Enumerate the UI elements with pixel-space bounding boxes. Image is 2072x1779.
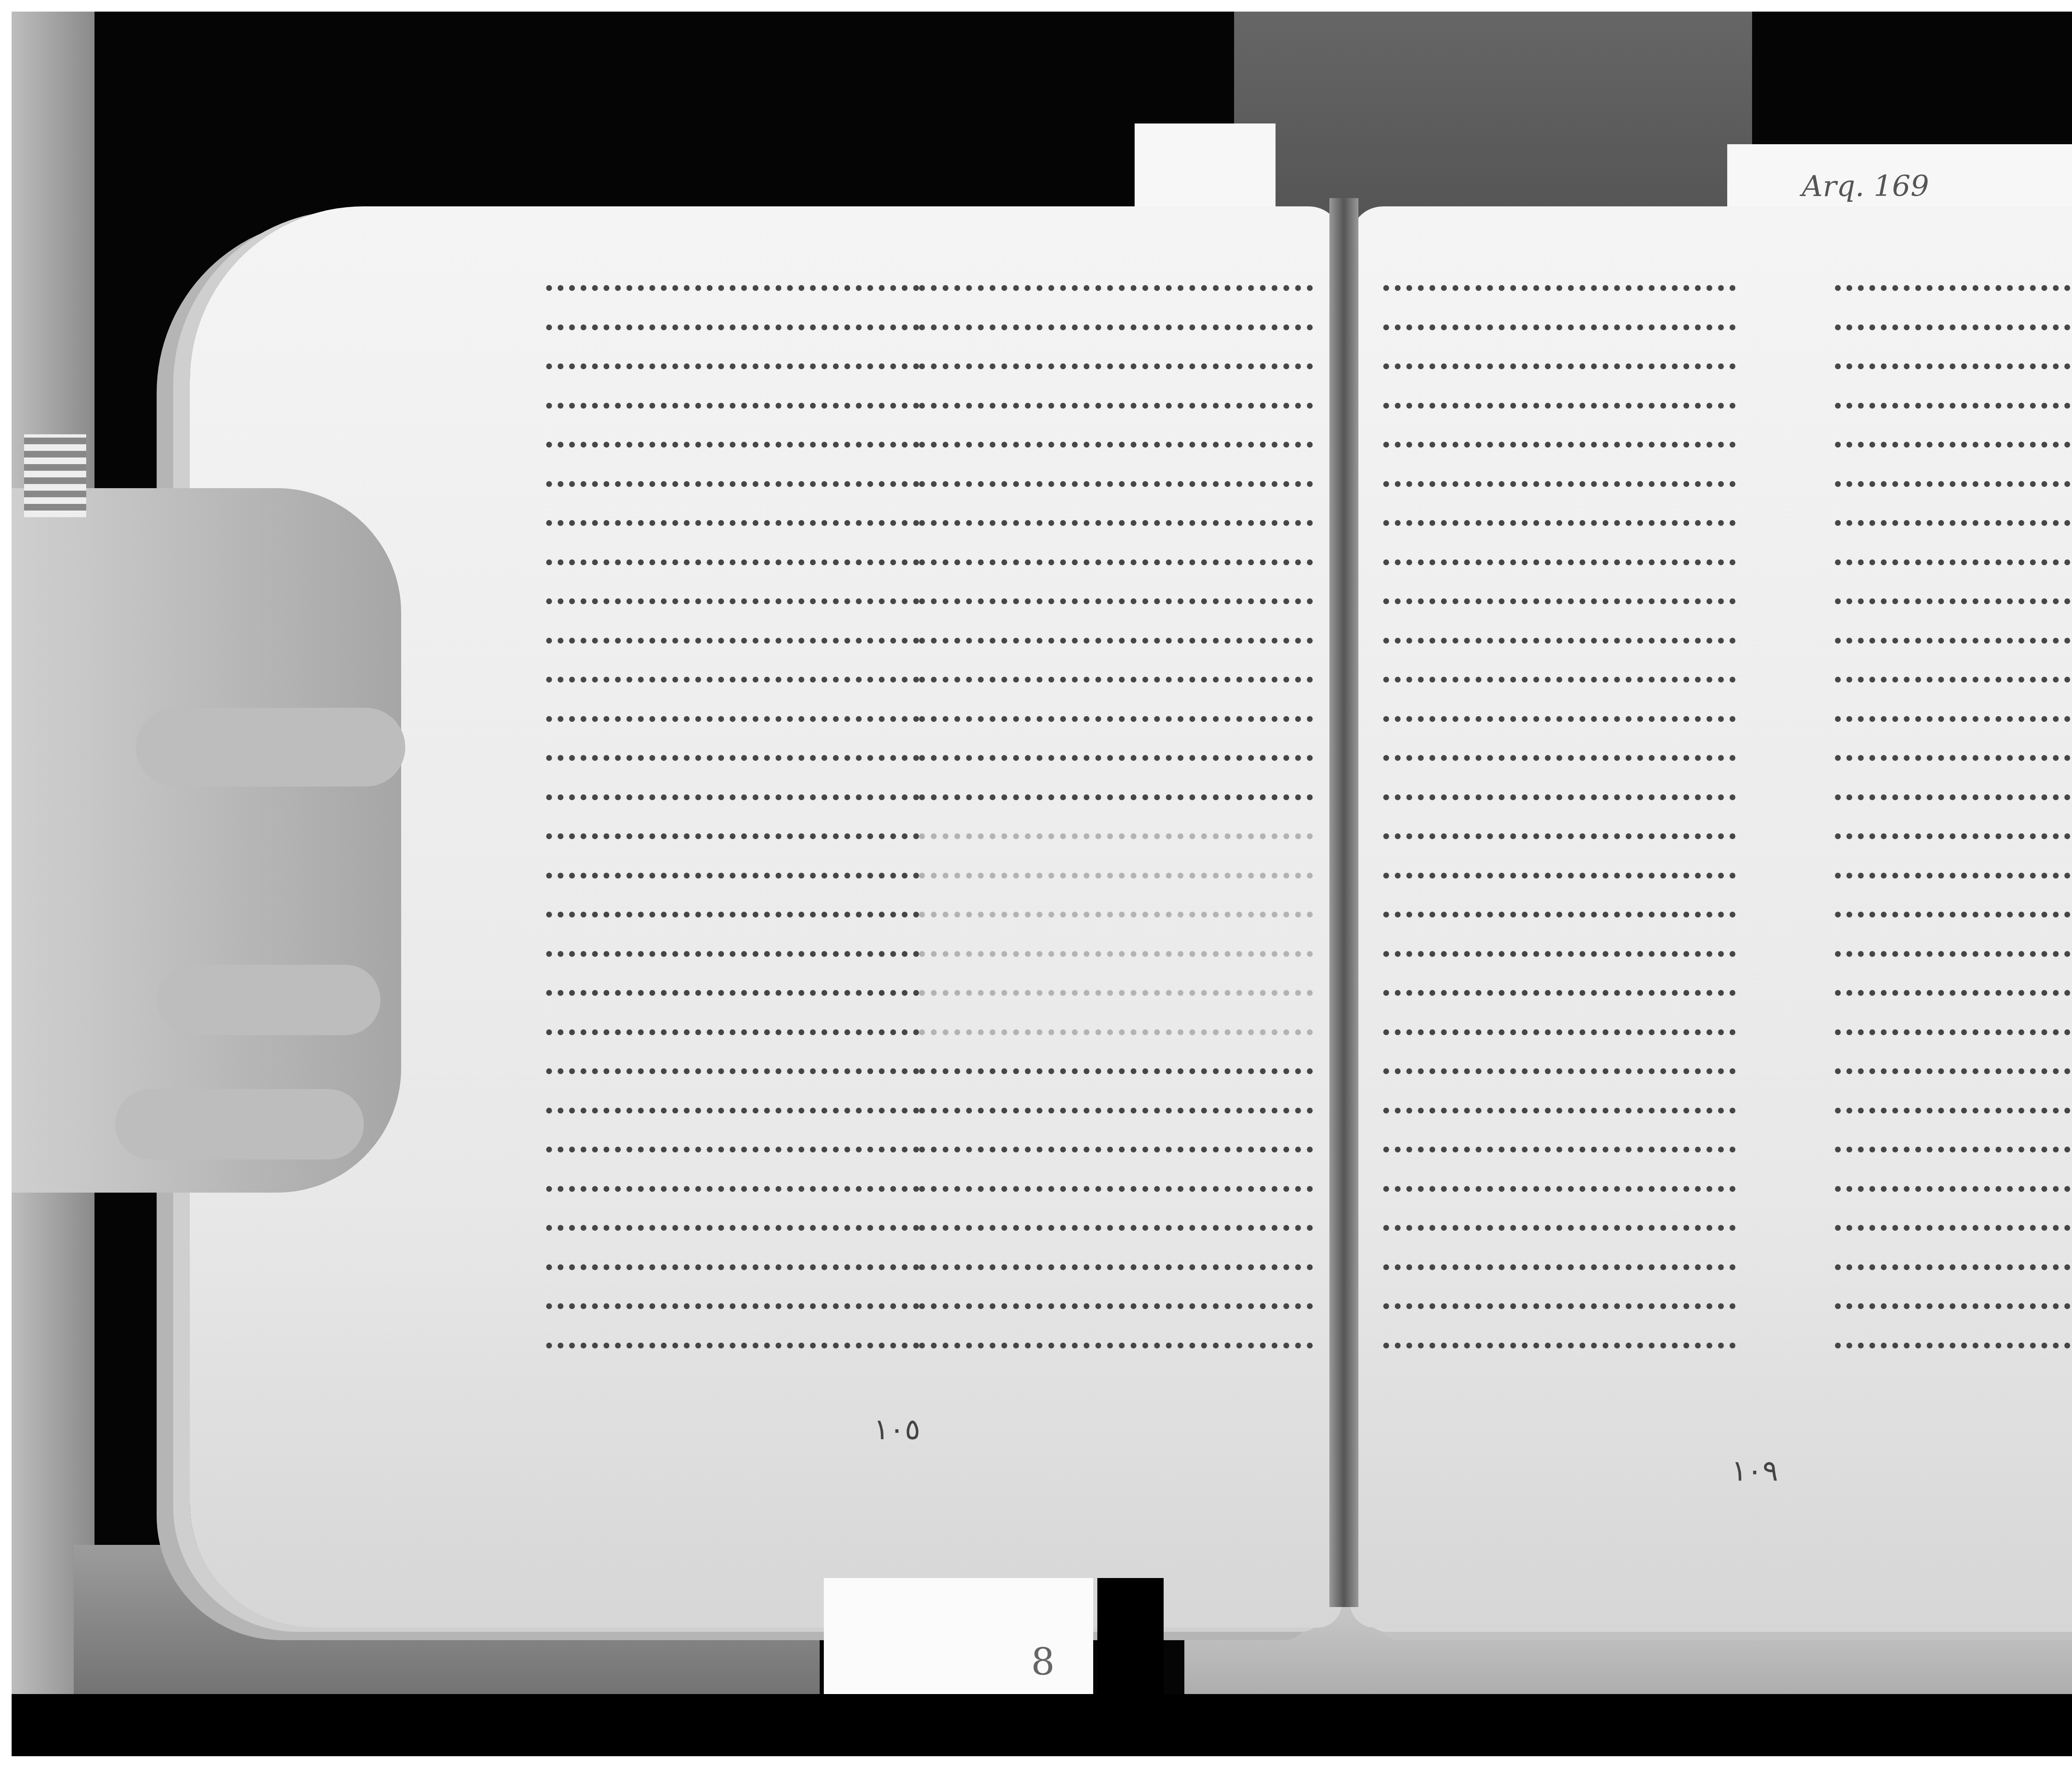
right-folio-number: ١٠٩ <box>1731 1454 1778 1488</box>
manuscript-line <box>1835 1083 2072 1113</box>
manuscript-line <box>919 613 1313 644</box>
manuscript-line <box>1835 300 2072 330</box>
manuscript-line <box>546 808 919 839</box>
manuscript-line <box>546 1239 919 1270</box>
manuscript-line <box>1835 456 2072 487</box>
manuscript-line <box>919 770 1313 800</box>
manuscript-line <box>1835 574 2072 604</box>
manuscript-line <box>919 300 1313 330</box>
manuscript-line <box>1383 770 1736 800</box>
manuscript-line <box>1383 300 1736 330</box>
manuscript-line <box>919 1278 1313 1309</box>
manuscript-line <box>919 574 1313 604</box>
manuscript-line <box>1383 808 1736 839</box>
manuscript-line <box>919 1004 1313 1035</box>
manuscript-line <box>1835 691 2072 722</box>
manuscript-line <box>1383 1318 1736 1348</box>
manuscript-line <box>546 456 919 487</box>
manuscript-line <box>919 417 1313 448</box>
manuscript-line <box>1383 1043 1736 1074</box>
photo-frame: Arq. 169 ١٠٥ ١٠٩ 8 <box>12 12 2072 1756</box>
manuscript-line <box>919 965 1313 996</box>
manuscript-line <box>1383 495 1736 526</box>
manuscript-line <box>1383 1200 1736 1231</box>
manuscript-line <box>1383 730 1736 761</box>
manuscript-line <box>1383 1278 1736 1309</box>
manuscript-line <box>919 1043 1313 1074</box>
manuscript-line <box>546 1318 919 1348</box>
manuscript-line <box>1835 417 2072 448</box>
manuscript-line <box>1383 887 1736 917</box>
manuscript-line <box>919 339 1313 369</box>
manuscript-line <box>546 339 919 369</box>
manuscript-line <box>1835 887 2072 917</box>
manuscript-line <box>919 652 1313 683</box>
left-finger <box>157 965 380 1035</box>
manuscript-line <box>1383 613 1736 644</box>
bottom-dark-tab <box>1097 1578 1164 1702</box>
manuscript-line <box>919 808 1313 839</box>
manuscript-line <box>1383 848 1736 879</box>
manuscript-line <box>546 300 919 330</box>
manuscript-line <box>1383 926 1736 957</box>
manuscript-line <box>919 260 1313 291</box>
manuscript-line <box>1383 1161 1736 1192</box>
manuscript-line <box>1383 1004 1736 1035</box>
manuscript-line <box>919 1318 1313 1348</box>
manuscript-line <box>919 1083 1313 1113</box>
manuscript-line <box>1835 808 2072 839</box>
manuscript-line <box>919 535 1313 565</box>
manuscript-line <box>1835 848 2072 879</box>
manuscript-line <box>1383 965 1736 996</box>
manuscript-line <box>546 613 919 644</box>
manuscript-line <box>1835 652 2072 683</box>
manuscript-line <box>546 770 919 800</box>
manuscript-line <box>1835 770 2072 800</box>
manuscript-line <box>546 1161 919 1192</box>
manuscript-line <box>1383 339 1736 369</box>
manuscript-line <box>546 1004 919 1035</box>
manuscript-line <box>546 1200 919 1231</box>
manuscript-line <box>546 926 919 957</box>
manuscript-line <box>1383 652 1736 683</box>
left-finger <box>136 708 405 787</box>
manuscript-line <box>919 1239 1313 1270</box>
left-page-column-1 <box>546 260 919 1357</box>
manuscript-line <box>546 691 919 722</box>
manuscript-line <box>1835 1161 2072 1192</box>
manuscript-line <box>1383 691 1736 722</box>
manuscript-line <box>546 1083 919 1113</box>
bottom-dark-band <box>12 1694 2072 1756</box>
manuscript-line <box>1835 260 2072 291</box>
manuscript-line <box>1835 1239 2072 1270</box>
manuscript-line <box>1835 1278 2072 1309</box>
manuscript-line <box>546 848 919 879</box>
manuscript-line <box>919 691 1313 722</box>
manuscript-line <box>1835 613 2072 644</box>
manuscript-line <box>1835 1200 2072 1231</box>
manuscript-line <box>546 1122 919 1152</box>
manuscript-line <box>546 260 919 291</box>
manuscript-line <box>546 495 919 526</box>
left-hand <box>12 488 401 1193</box>
manuscript-line <box>1835 495 2072 526</box>
manuscript-line <box>1383 574 1736 604</box>
manuscript-line <box>546 887 919 917</box>
manuscript-line <box>546 535 919 565</box>
wristwatch <box>24 434 86 517</box>
manuscript-line <box>1835 926 2072 957</box>
manuscript-line <box>1835 339 2072 369</box>
manuscript-line <box>546 1278 919 1309</box>
manuscript-line <box>1835 378 2072 409</box>
manuscript-line <box>1383 535 1736 565</box>
manuscript-line <box>919 456 1313 487</box>
manuscript-line <box>1383 260 1736 291</box>
left-finger <box>115 1089 364 1159</box>
manuscript-line <box>919 495 1313 526</box>
manuscript-line <box>1383 1239 1736 1270</box>
manuscript-line <box>546 730 919 761</box>
manuscript-line <box>1835 535 2072 565</box>
manuscript-line <box>1835 1004 2072 1035</box>
right-page-column-1 <box>1383 260 1736 1357</box>
manuscript-line <box>546 417 919 448</box>
book-gutter <box>1329 198 1358 1607</box>
manuscript-line <box>919 848 1313 879</box>
manuscript-line <box>919 1200 1313 1231</box>
manuscript-line <box>919 887 1313 917</box>
manuscript-line <box>919 730 1313 761</box>
manuscript-line <box>1835 965 2072 996</box>
manuscript-line <box>1383 1083 1736 1113</box>
manuscript-line <box>1835 1318 2072 1348</box>
left-page-column-2 <box>919 260 1313 1357</box>
manuscript-line <box>1383 417 1736 448</box>
manuscript-line <box>919 378 1313 409</box>
manuscript-line <box>1383 456 1736 487</box>
manuscript-line <box>1383 378 1736 409</box>
right-page-column-2 <box>1835 260 2072 1357</box>
manuscript-line <box>546 1043 919 1074</box>
manuscript-line <box>546 965 919 996</box>
manuscript-line <box>1835 730 2072 761</box>
manuscript-line <box>919 1161 1313 1192</box>
bottom-label: 8 <box>1031 1640 1055 1684</box>
manuscript-line <box>1835 1122 2072 1152</box>
manuscript-line <box>546 378 919 409</box>
manuscript-line <box>1835 1043 2072 1074</box>
shelfmark-label: Arq. 169 <box>1802 169 1929 203</box>
manuscript-line <box>919 1122 1313 1152</box>
left-folio-number: ١٠٥ <box>874 1412 920 1446</box>
manuscript-line <box>546 652 919 683</box>
manuscript-line <box>1383 1122 1736 1152</box>
manuscript-line <box>919 926 1313 957</box>
manuscript-line <box>546 574 919 604</box>
